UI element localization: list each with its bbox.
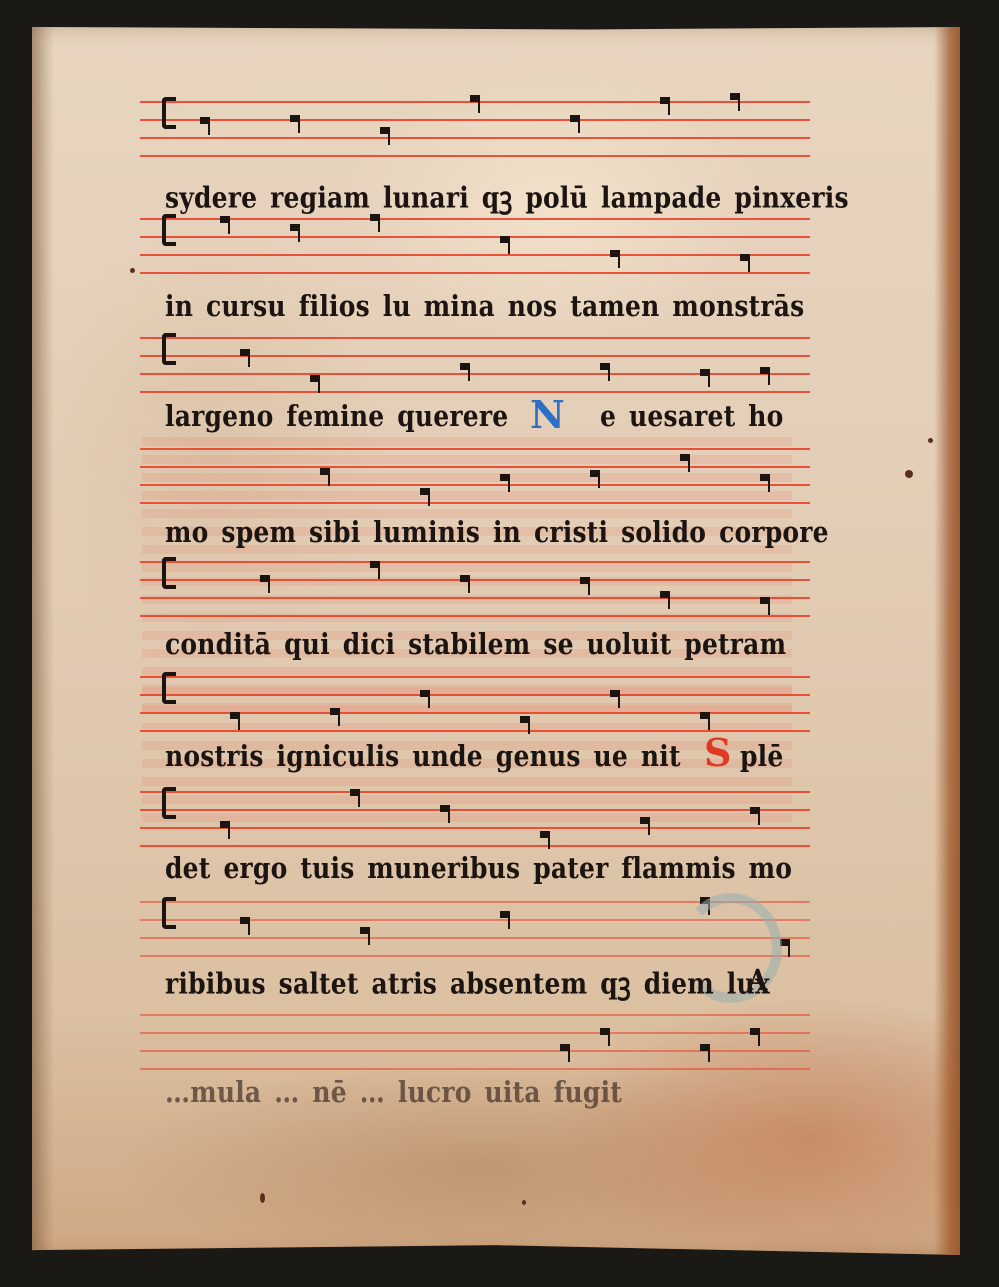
stain-spot	[260, 1193, 265, 1203]
lyric-line-3: largeno femine querere	[165, 399, 525, 438]
c-clef-icon	[162, 897, 176, 929]
edge-stain-left	[32, 27, 54, 1255]
edge-stain-right	[934, 27, 960, 1255]
c-clef-icon	[162, 214, 176, 246]
lyric-line-3-cont: e uesaret ho	[600, 399, 800, 438]
staff-5	[140, 557, 810, 637]
blue-initial-n: N	[530, 396, 565, 434]
lyric-line-2: in cursu filios lu mina nos tamen monstr…	[165, 289, 805, 328]
c-clef-icon	[162, 333, 176, 365]
c-clef-icon	[162, 672, 176, 704]
lyric-line-1: sydere regiam lunari qꝫ polū lampade pin…	[165, 177, 805, 216]
staff-4	[140, 444, 810, 524]
stain-spot	[928, 438, 933, 443]
c-clef-icon	[162, 787, 176, 819]
lyric-line-6: nostris igniculis unde genus ue nit	[165, 739, 695, 778]
c-clef-icon	[162, 557, 176, 589]
lyric-line-8: ribibus saltet atris absentem qꝫ diem lu…	[165, 963, 725, 1002]
stain-spot	[522, 1200, 526, 1205]
lyric-line-8-trailing: A	[748, 963, 788, 1002]
stain-spot	[130, 268, 135, 273]
c-clef-icon	[162, 97, 176, 129]
lyric-line-5: conditā qui dici stabilem se uoluit petr…	[165, 627, 805, 666]
lyric-line-6-cont: plē	[740, 739, 810, 778]
lyric-line-7: det ergo tuis muneribus pater flammis mo	[165, 851, 805, 890]
red-initial-s: S	[704, 734, 731, 772]
staff-1	[140, 97, 810, 177]
lyric-line-9: …mula … nē … lucro uita fugit	[165, 1075, 805, 1114]
staff-2	[140, 214, 810, 294]
stain-spot	[905, 470, 913, 478]
lyric-line-4: mo spem sibi luminis in cristi solido co…	[165, 515, 805, 554]
